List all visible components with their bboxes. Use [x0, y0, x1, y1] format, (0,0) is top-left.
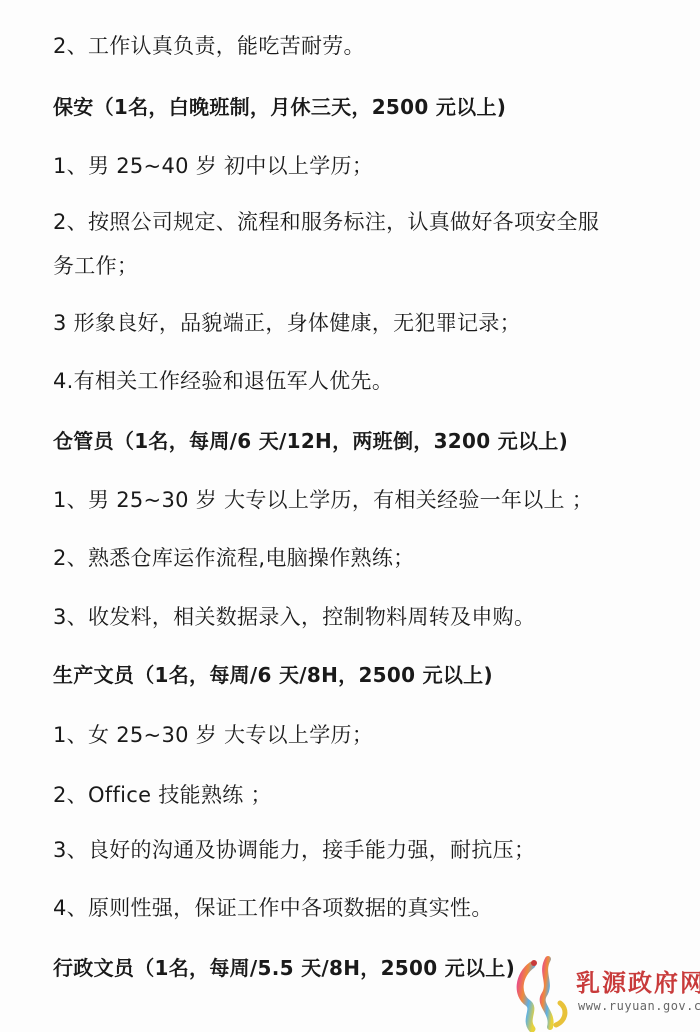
job-heading-production-clerk: 生产文员（1名，每周/6 天/8H，2500 元以上): [53, 661, 493, 689]
requirement-line: 2、Office 技能熟练 ；: [53, 781, 272, 809]
watermark-url: www.ruyuan.gov.cn: [578, 999, 700, 1013]
job-heading-admin-clerk: 行政文员（1名，每周/5.5 天/8H，2500 元以上): [53, 954, 515, 982]
job-heading-warehouse-keeper: 仓管员（1名，每周/6 天/12H，两班倒，3200 元以上): [53, 427, 568, 455]
requirement-line: 3 形象良好，品貌端正，身体健康，无犯罪记录；: [53, 309, 521, 337]
site-watermark: 乳源政府网 www.ruyuan.gov.cn: [514, 955, 700, 1032]
requirement-line-continued: 务工作；: [53, 252, 138, 280]
watermark-title: 乳源政府网: [576, 963, 700, 998]
requirement-line: 3、良好的沟通及协调能力，接手能力强，耐抗压；: [53, 836, 535, 864]
requirement-line: 2、熟悉仓库运作流程,电脑操作熟练；: [53, 544, 414, 572]
requirement-line: 2、按照公司规定、流程和服务标注，认真做好各项安全服: [53, 208, 599, 236]
requirement-line: 1、男 25~40 岁 初中以上学历；: [53, 152, 373, 180]
requirement-line: 4、原则性强，保证工作中各项数据的真实性。: [53, 894, 493, 922]
dragon-logo-icon: [514, 955, 574, 1032]
requirement-line: 4.有相关工作经验和退伍军人优先。: [53, 367, 393, 395]
requirement-line: 3、收发料，相关数据录入，控制物料周转及申购。: [53, 603, 535, 631]
requirement-line: 2、工作认真负责，能吃苦耐劳。: [53, 32, 365, 60]
job-heading-security-guard: 保安（1名，白晚班制，月休三天，2500 元以上): [53, 93, 506, 121]
requirement-line: 1、女 25~30 岁 大专以上学历；: [53, 721, 373, 749]
requirement-line: 1、男 25~30 岁 大专以上学历，有相关经验一年以上 ；: [53, 486, 593, 514]
